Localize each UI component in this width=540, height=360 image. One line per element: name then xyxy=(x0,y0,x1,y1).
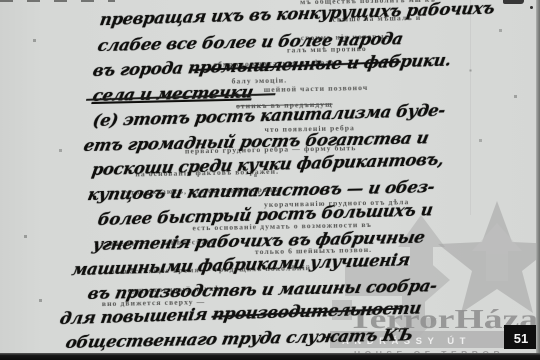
manuscript-line: въ города промышленные и фабрики. xyxy=(91,50,452,80)
manuscript-line: более быстрый ростъ большихъ и xyxy=(96,200,434,229)
manuscript-line: села и местечки xyxy=(91,82,255,105)
top-edge-marks xyxy=(0,0,115,2)
manuscript-line: (е) этотъ ростъ капитализма буде- xyxy=(91,101,446,131)
manuscript-line: для повышенія производительности xyxy=(58,298,422,328)
film-edge-bottom xyxy=(0,353,540,360)
top-right-dot xyxy=(530,6,533,9)
film-edge-right xyxy=(536,0,540,360)
manuscript-line: роскоши среди кучки фабрикантовъ, xyxy=(90,150,445,180)
scanned-manuscript-page: мъ обществѣ позволитъ мы къ свыше на мѣш… xyxy=(0,0,540,360)
manuscript-line: купцовъ и капиталистовъ — и обез- xyxy=(86,177,436,204)
manuscript-line: общественнаго труда служатъ КЪ xyxy=(64,325,415,352)
top-right-edge-mark xyxy=(503,0,524,4)
handwriting-layer: превращая ихъ въ конкурущихъ рабочихъ сл… xyxy=(0,0,540,360)
manuscript-line: превращая ихъ въ конкурущихъ рабочихъ xyxy=(98,0,495,29)
manuscript-line: слабее все более и более народа xyxy=(96,29,405,55)
manuscript-line: машинными фабриками улучшенія xyxy=(70,250,411,279)
